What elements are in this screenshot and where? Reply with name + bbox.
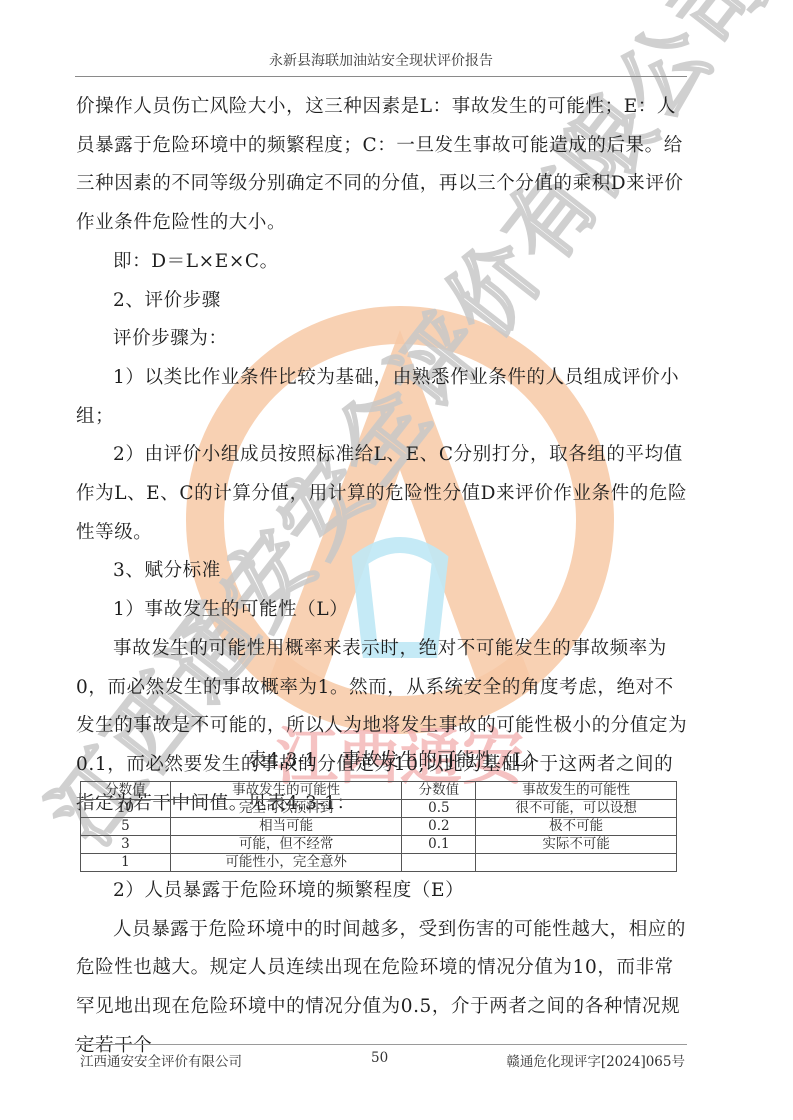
table-cell	[402, 854, 476, 872]
table-cell: 3	[81, 836, 171, 854]
table-cell: 完全可以预料到	[170, 800, 402, 818]
document-number: 赣通危化现评字[2024]065号	[506, 1050, 685, 1070]
heading-evaluation-steps: 2、评价步骤	[76, 282, 688, 321]
heading-scoring-standard: 3、赋分标准	[76, 552, 688, 591]
paragraph-step-2: 2）由评价小组成员按照标准给L、E、C分别打分，取各组的平均值作为L、E、C的计…	[76, 436, 688, 552]
paragraph-step-1: 1）以类比作业条件比较为基础，由熟悉作业条件的人员组成评价小组；	[76, 359, 688, 436]
table-header-cell: 分数值	[402, 782, 476, 800]
table-header-cell: 事故发生的可能性	[476, 782, 677, 800]
table-cell: 1	[81, 854, 171, 872]
table-cell: 实际不可能	[476, 836, 677, 854]
table-cell: 可能性小，完全意外	[170, 854, 402, 872]
table-cell: 0.5	[402, 800, 476, 818]
paragraph-exposure: 人员暴露于危险环境中的时间越多，受到伤害的可能性越大，相应的危险性也越大。规定人…	[76, 911, 688, 1066]
body-text: 价操作人员伤亡风险大小，这三种因素是L：事故发生的可能性；E：人员暴露于危险环境…	[76, 88, 688, 823]
table-header-cell: 事故发生的可能性	[170, 782, 402, 800]
table-cell: 10	[81, 800, 171, 818]
table-cell: 很不可能，可以设想	[476, 800, 677, 818]
table-row: 3 可能，但不经常 0.1 实际不可能	[81, 836, 677, 854]
heading-exposure-frequency: 2）人员暴露于危险环境的频繁程度（E）	[76, 872, 688, 911]
table-cell: 0.1	[402, 836, 476, 854]
paragraph-formula: 即：D＝L×E×C。	[76, 243, 688, 282]
body-text-continued: 2）人员暴露于危险环境的频繁程度（E） 人员暴露于危险环境中的时间越多，受到伤害…	[76, 872, 688, 1066]
table-header-row: 分数值 事故发生的可能性 分数值 事故发生的可能性	[81, 782, 677, 800]
table-cell: 可能，但不经常	[170, 836, 402, 854]
table-caption: 表4.3-1 事故发生的可能性（L）	[0, 748, 793, 774]
report-title: 永新县海联加油站安全现状评价报告	[269, 53, 493, 69]
table-cell: 极不可能	[476, 818, 677, 836]
table-cell	[476, 854, 677, 872]
table-row: 10 完全可以预料到 0.5 很不可能，可以设想	[81, 800, 677, 818]
page-footer: 江西通安安全评价有限公司 50 赣通危化现评字[2024]065号	[75, 1044, 687, 1067]
heading-likelihood: 1）事故发生的可能性（L）	[76, 591, 688, 630]
table-cell: 相当可能	[170, 818, 402, 836]
paragraph-steps-intro: 评价步骤为：	[76, 320, 688, 359]
table-cell: 0.2	[402, 818, 476, 836]
table-row: 1 可能性小，完全意外	[81, 854, 677, 872]
paragraph-factors: 价操作人员伤亡风险大小，这三种因素是L：事故发生的可能性；E：人员暴露于危险环境…	[76, 88, 688, 243]
likelihood-table: 分数值 事故发生的可能性 分数值 事故发生的可能性 10 完全可以预料到 0.5…	[80, 781, 677, 872]
table-row: 5 相当可能 0.2 极不可能	[81, 818, 677, 836]
page-header: 永新县海联加油站安全现状评价报告	[75, 48, 687, 77]
table-header-cell: 分数值	[81, 782, 171, 800]
footer-company: 江西通安安全评价有限公司	[80, 1050, 242, 1070]
table-cell: 5	[81, 818, 171, 836]
page-number: 50	[371, 1050, 388, 1066]
